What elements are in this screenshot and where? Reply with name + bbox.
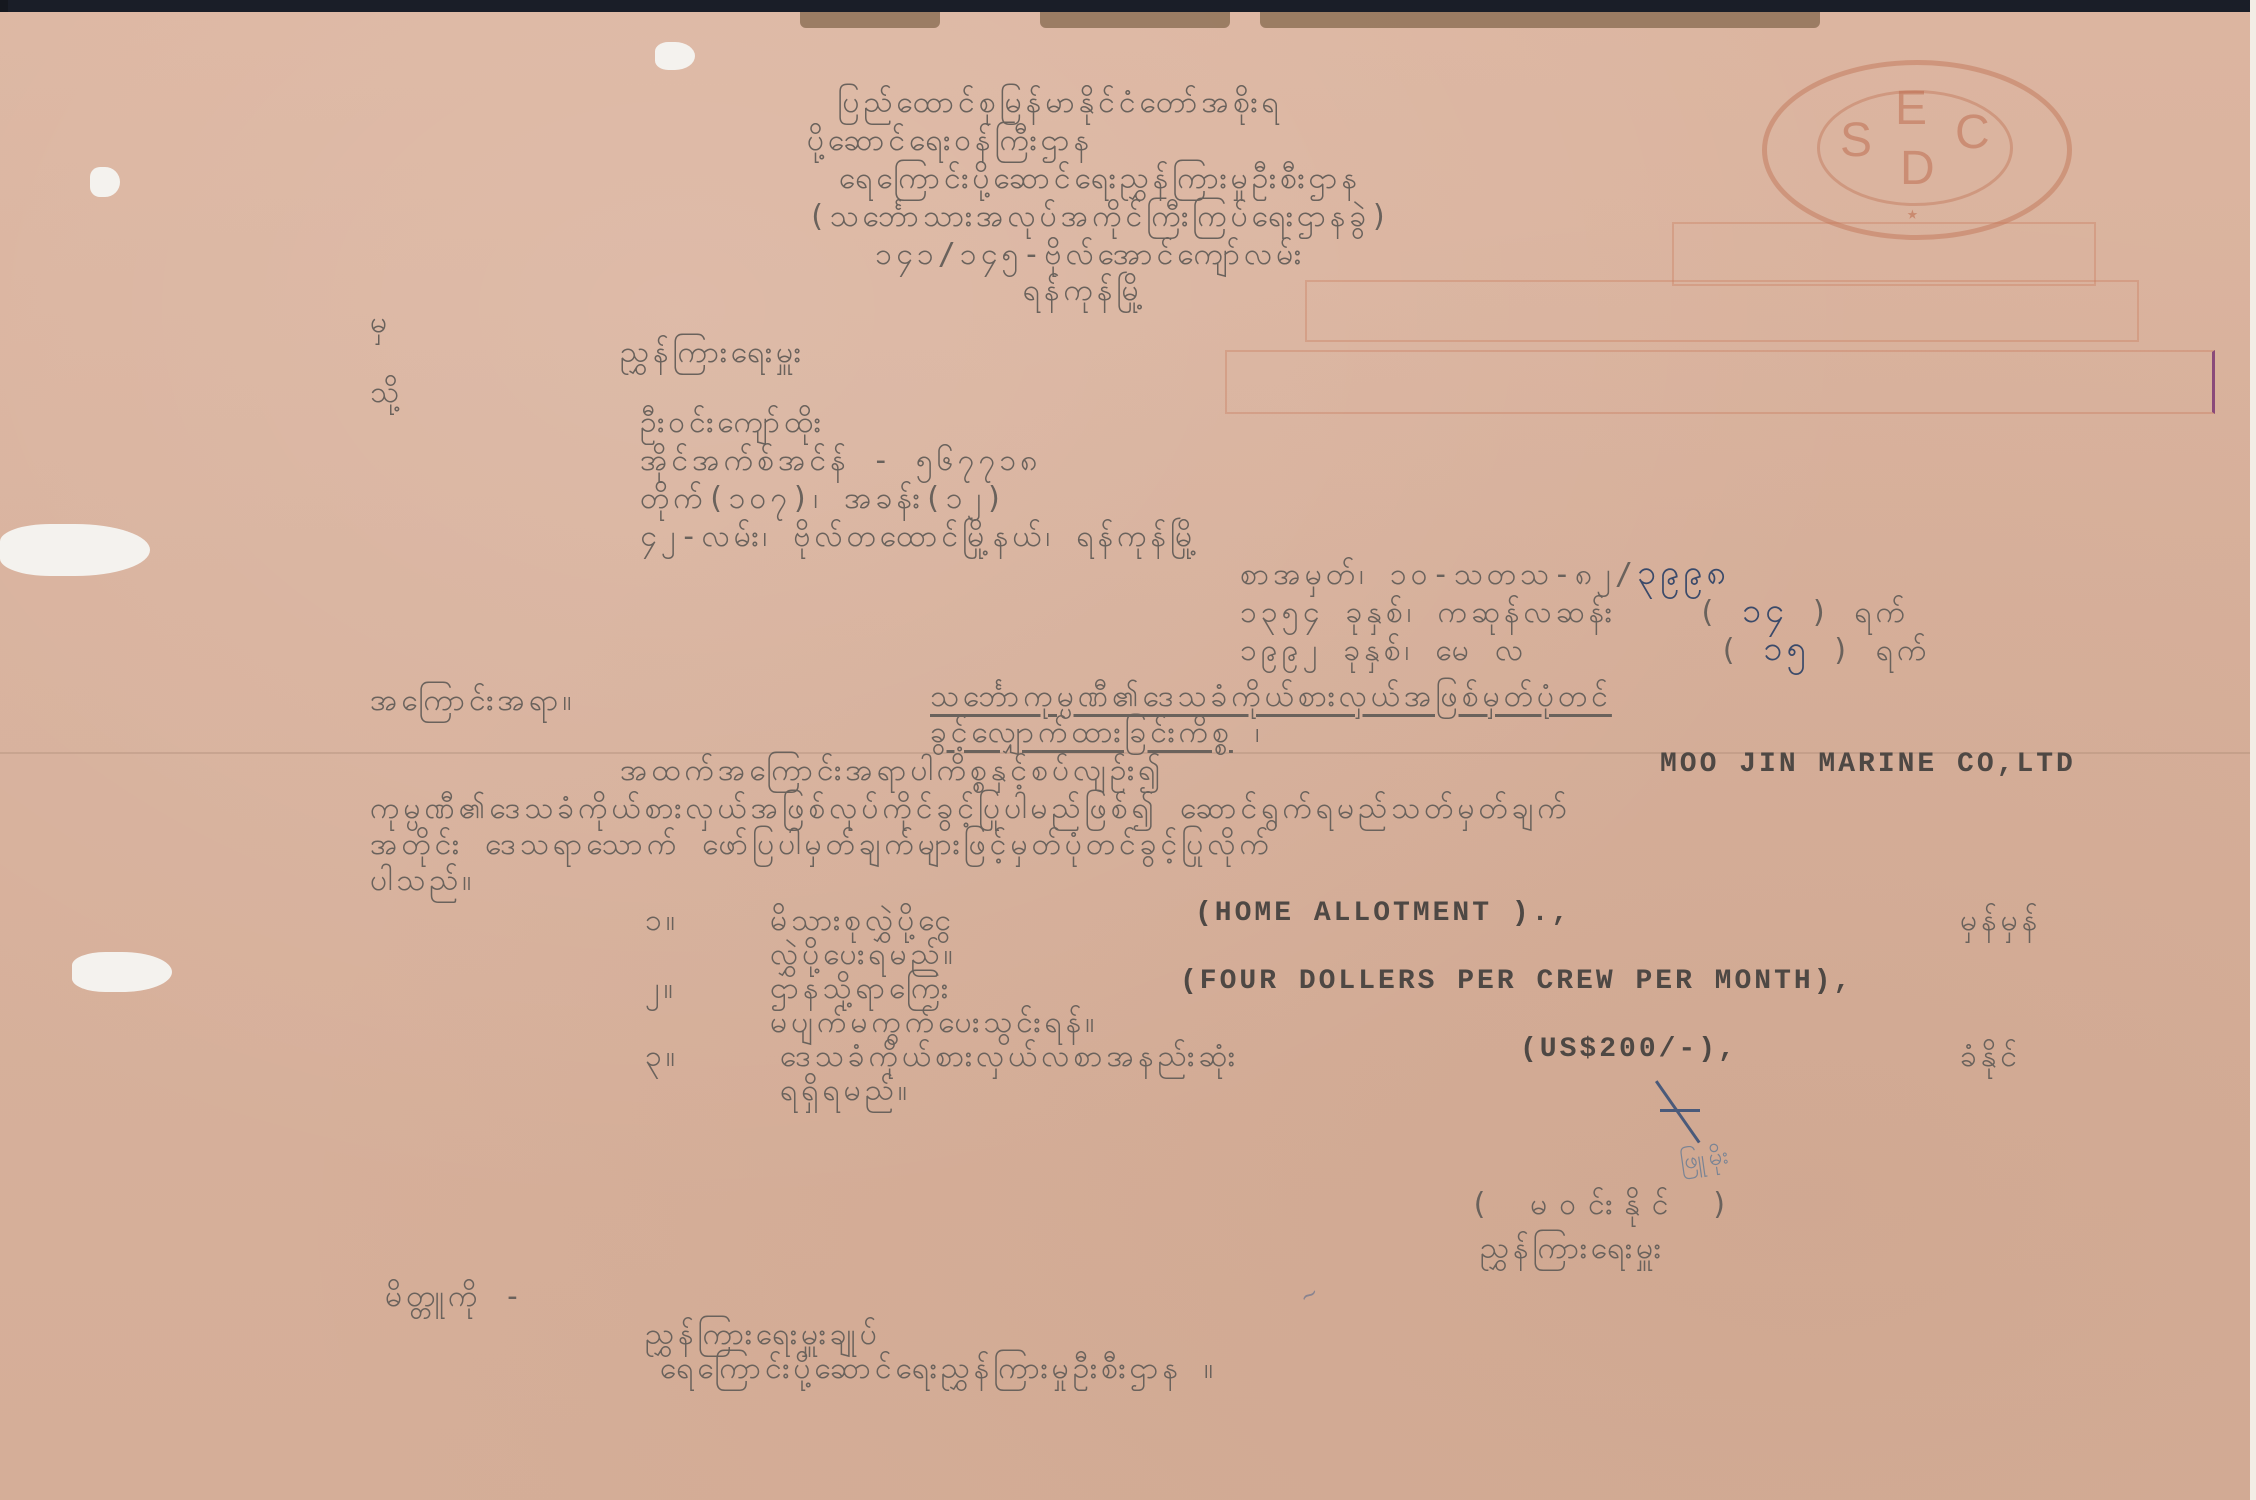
date-line-gregorian: ၁၉၉၂ ခုနှစ်၊ မေ လ ( ၁၅ ) ရက် — [1240, 626, 1930, 677]
stamp-letter: S — [1840, 113, 1872, 168]
subject-text: ခွင့်လျှောက်ထားခြင်းကိစ္စ — [930, 715, 1233, 750]
header-line: ရန်ကုန်မြို့ — [930, 270, 1240, 315]
subject-label: အကြောင်းအရာ။ — [370, 680, 576, 725]
stamp-letter: D — [1900, 141, 1935, 196]
item-english: (HOME ALLOTMENT )., — [1195, 898, 1571, 929]
punch-hole — [0, 524, 150, 576]
copy-line: ရေကြောင်းပို့ဆောင်ရေးညွှန်ကြားမှုဦးစီးဌာ… — [660, 1348, 1217, 1393]
tear — [655, 42, 695, 70]
date-label: ၁၉၉၂ ခုနှစ်၊ မေ လ — [1240, 633, 1527, 668]
punch-hole — [72, 952, 172, 992]
stamp-letter: E — [1895, 81, 1927, 136]
item-tail: မှန်မှန် — [1960, 900, 2041, 945]
from-value: ညွှန်ကြားရေးမှူး — [620, 332, 805, 377]
faint-stamp-box — [1225, 350, 2215, 414]
stain — [1040, 12, 1230, 28]
tear — [90, 167, 120, 197]
handwritten-day: ၁၄ — [1742, 591, 1788, 631]
subject-end: ၊ — [1255, 715, 1264, 750]
stain — [800, 12, 940, 28]
signature-stroke — [1660, 1109, 1700, 1112]
reference-label: စာအမှတ်၊ ၁၀-သတသ-၈၂/ — [1240, 557, 1637, 592]
item-tail: ခံနိုင် — [1960, 1036, 2021, 1081]
handwritten-ref: ၃၉၉၈ — [1637, 553, 1730, 593]
stamp-letter: C — [1955, 105, 1990, 160]
office-stamp: E S D C ★ — [1762, 60, 2072, 240]
handwritten-day: ၁၅ — [1763, 629, 1809, 669]
margin-scribble: ~ — [1295, 1278, 1327, 1311]
from-label: မှ — [370, 302, 391, 347]
day-suffix: ရက် — [1876, 633, 1931, 668]
body-line: ပါသည်။ — [370, 860, 475, 905]
body-line: အတိုင်း ဒေသရာသောက် ဖော်ပြပါမှတ်ချက်များဖ… — [370, 824, 1273, 869]
document-page: E S D C ★ ပြည်ထောင်စုမြန်မာနိုင်ငံတော်အစ… — [0, 12, 2256, 1500]
copy-label: မိတ္တူကို - — [385, 1276, 525, 1321]
item-english: (FOUR DOLLERS PER CREW PER MONTH), — [1180, 966, 1853, 997]
day-suffix: ရက် — [1854, 595, 1909, 630]
date-label: ၁၃၅၄ ခုနှစ်၊ ကဆုန်လဆန်း — [1240, 595, 1616, 630]
item-continuation: ရရှိရမည်။ — [780, 1070, 911, 1115]
stain — [1260, 12, 1820, 28]
item-number: ၃။ — [645, 1036, 679, 1081]
signatory-title: ညွှန်ကြားရေးမှူး — [1480, 1228, 1665, 1273]
item-number: ၁။ — [645, 900, 679, 945]
company-name: MOO JIN MARINE CO,LTD — [1660, 749, 2076, 780]
item-english: (US$200/-), — [1520, 1034, 1738, 1065]
faint-stamp-box — [1672, 222, 2096, 286]
signatory-name: ( မဝင်းနိုင် ) — [1470, 1184, 1741, 1229]
faint-stamp-box — [1305, 280, 2139, 342]
signature-scribble: ဖြူမိုး — [1678, 1139, 1735, 1182]
item-number: ၂။ — [645, 968, 677, 1013]
to-label: သို့ — [370, 372, 403, 417]
to-line: ၄၂-လမ်း၊ ဗိုလ်တထောင်မြို့နယ်၊ ရန်ကုန်မြိ… — [640, 516, 1201, 561]
star-icon: ★ — [1907, 203, 1918, 224]
scanner-edge-right — [2250, 0, 2256, 1500]
